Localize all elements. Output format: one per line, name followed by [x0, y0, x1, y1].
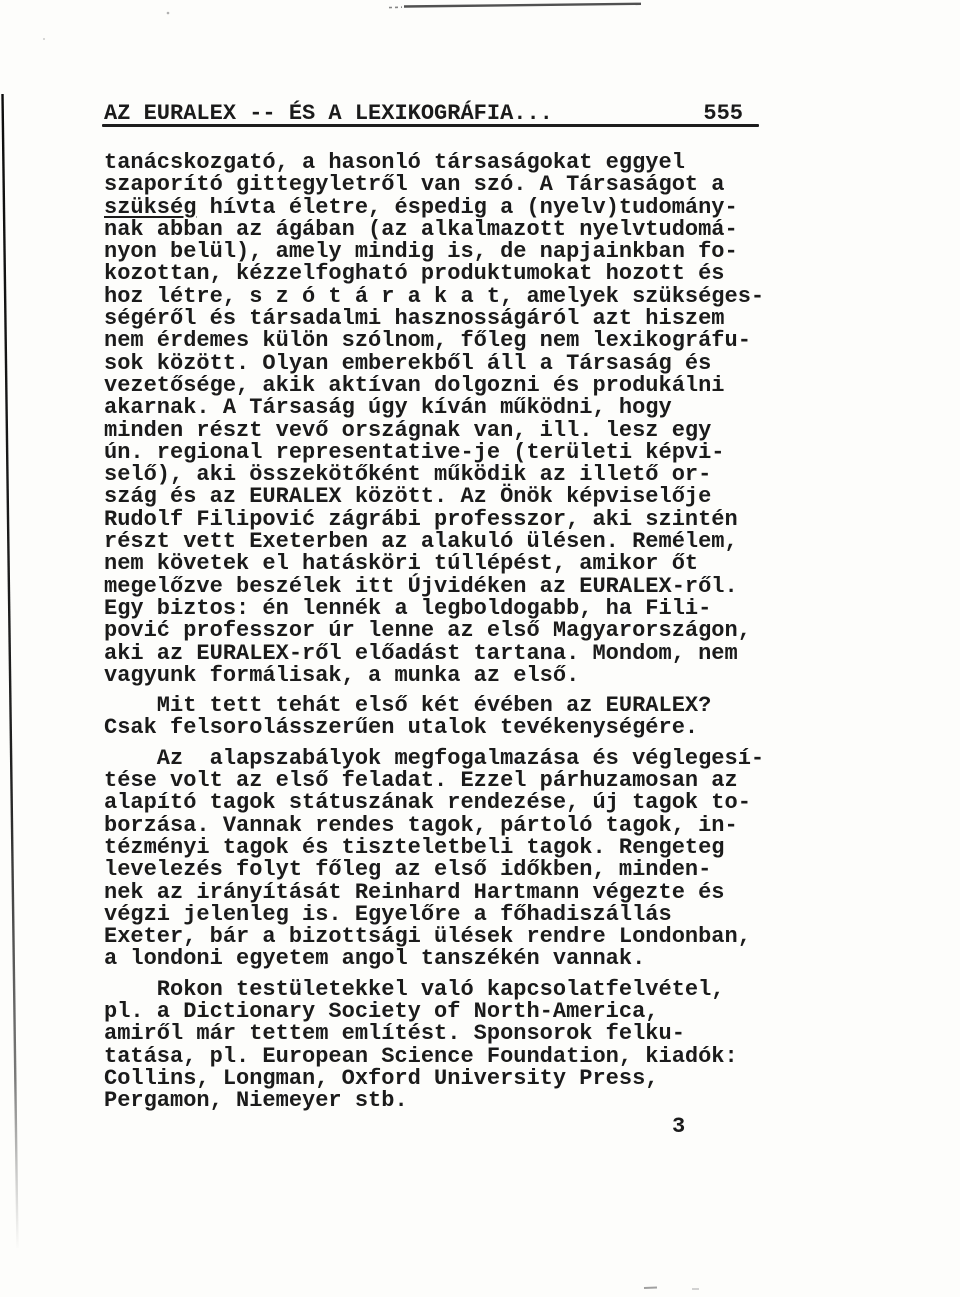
text-line: Az alapszabályok megfogalmazása és végle… [104, 748, 804, 770]
text-line: szág és az EURALEX között. Az Önök képvi… [104, 486, 804, 508]
text-line: szaporító gittegyletről van szó. A Társa… [104, 174, 804, 196]
text-line: vezetősége, akik aktívan dolgozni és pro… [104, 375, 804, 397]
top-scan-line [404, 4, 641, 7]
text-line: levelezés folyt főleg az első időkben, m… [104, 859, 804, 881]
text-line: Egy biztos: én lennék a legboldogabb, ha… [104, 598, 804, 620]
text-line: Pergamon, Niemeyer stb. [104, 1090, 804, 1112]
text-line: szükség hívta életre, éspedig a (nyelv)t… [104, 197, 804, 219]
text-line: részt vett Exeterben az alakuló ülésen. … [104, 531, 804, 553]
text-line: nem érdemes külön szólnom, főleg nem lex… [104, 330, 804, 352]
paragraph: Az alapszabályok megfogalmazása és végle… [104, 748, 804, 971]
text-line: megelőzve beszélek itt Újvidéken az EURA… [104, 576, 804, 598]
header-page-number: 555 [703, 103, 758, 125]
paragraph: tanácskozgató, a hasonló társaságokat eg… [104, 152, 804, 687]
text-line: borzása. Vannak rendes tagok, pártoló ta… [104, 815, 804, 837]
text-line: pović professzor úr lenne az első Magyar… [104, 620, 804, 642]
text-line: aki az EURALEX-ről előadást tartana. Mon… [104, 643, 804, 665]
text-line: Collins, Longman, Oxford University Pres… [104, 1068, 804, 1090]
text-line: nek az irányítását Reinhard Hartmann vég… [104, 882, 804, 904]
running-title: AZ EURALEX -- ÉS A LEXIKOGRÁFIA... [104, 103, 553, 125]
text-line: tése volt az első feladat. Ezzel párhuza… [104, 770, 804, 792]
text-line: Csak felsorolásszerűen utalok tevékenysé… [104, 717, 804, 739]
bottom-dash [644, 1288, 657, 1289]
page-header: AZ EURALEX -- ÉS A LEXIKOGRÁFIA... 555 [104, 103, 758, 125]
text-line: kozottan, kézzelfogható produktumokat ho… [104, 263, 804, 285]
speck [43, 38, 45, 40]
text-line: a londoni egyetem angol tanszékén vannak… [104, 948, 804, 970]
text-line: nyon belül), amely mindig is, de napjain… [104, 241, 804, 263]
text-line: tézményi tagok és tiszteletbeli tagok. R… [104, 837, 804, 859]
text-line: amiről már tettem említést. Sponsorok fe… [104, 1023, 804, 1045]
text-line: ségéről és társadalmi hasznosságáról azt… [104, 308, 804, 330]
text-line: nak abban az ágában (az alkalmazott nyel… [104, 219, 804, 241]
paragraph: Rokon testületekkel való kapcsolatfelvét… [104, 979, 804, 1113]
scanned-page: AZ EURALEX -- ÉS A LEXIKOGRÁFIA... 555 t… [0, 0, 960, 1297]
left-scan-line [3, 94, 18, 1248]
text-line: ún. regional representative-je (területi… [104, 442, 804, 464]
footer-page-number: 3 [672, 1116, 685, 1138]
text-line: sok között. Olyan emberekből áll a Társa… [104, 353, 804, 375]
text-line: minden részt vevő országnak van, ill. le… [104, 420, 804, 442]
text-line: alapító tagok státuszának rendezése, új … [104, 792, 804, 814]
text-line: akarnak. A Társaság úgy kíván működni, h… [104, 397, 804, 419]
text-line: Rudolf Filipović zágrábi professzor, aki… [104, 509, 804, 531]
speck [167, 12, 170, 15]
text-line: Exeter, bár a bizottsági ülések rendre L… [104, 926, 804, 948]
paragraph: Mit tett tehát első két évében az EURALE… [104, 695, 804, 740]
text-line: tanácskozgató, a hasonló társaságokat eg… [104, 152, 804, 174]
text-line: nem követek el hatásköri túllépést, amik… [104, 553, 804, 575]
text-line: Mit tett tehát első két évében az EURALE… [104, 695, 804, 717]
text-line: végzi jelenleg is. Egyelőre a főhadiszál… [104, 904, 804, 926]
header-rule [102, 124, 759, 127]
text-line: Rokon testületekkel való kapcsolatfelvét… [104, 979, 804, 1001]
text-line: hoz létre, s z ó t á r a k a t, amelyek … [104, 286, 804, 308]
text-line: vagyunk formálisak, a munka az első. [104, 665, 804, 687]
body-text: tanácskozgató, a hasonló társaságokat eg… [104, 152, 804, 1120]
text-line: tatása, pl. European Science Foundation,… [104, 1046, 804, 1068]
text-line: pl. a Dictionary Society of North-Americ… [104, 1001, 804, 1023]
